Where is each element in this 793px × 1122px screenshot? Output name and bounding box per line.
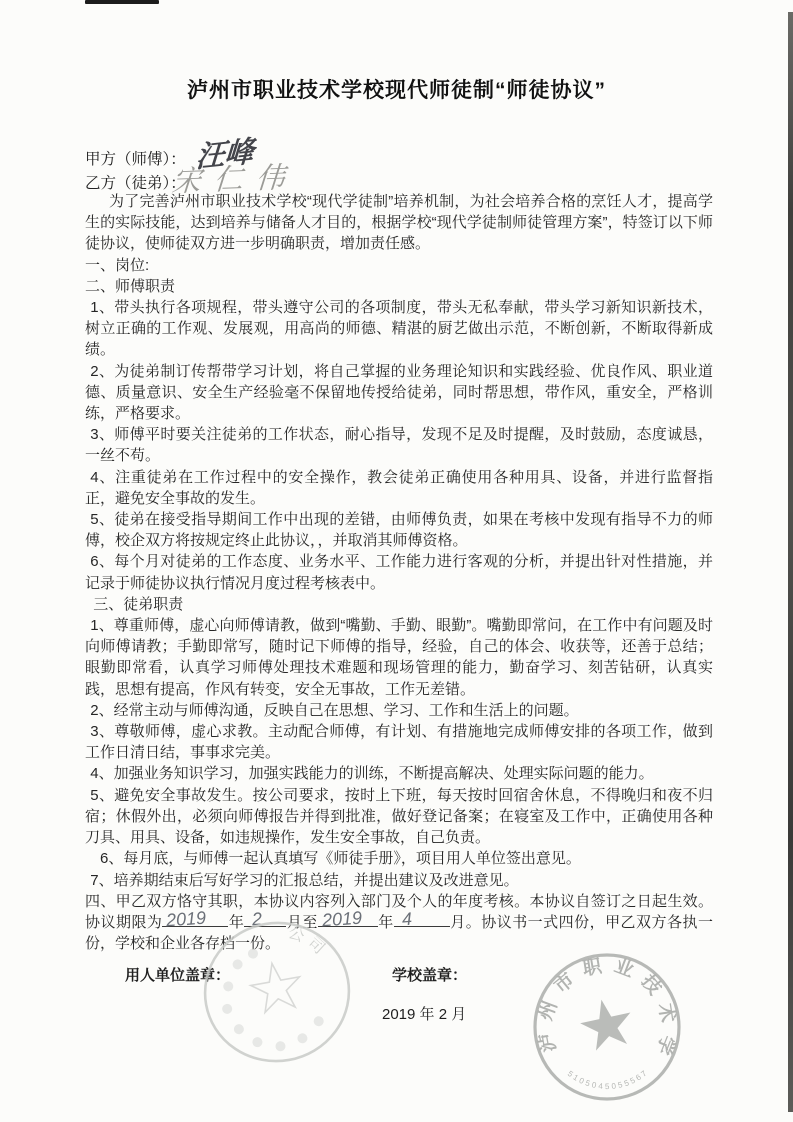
- apprentice-duty-3: 3、尊敬师傅，虚心求教。主动配合师傅，有计划、有措施地完成师傅安排的各项工作，做…: [85, 721, 713, 763]
- document-title: 泸州市职业技术学校现代师徒制“师徒协议”: [0, 74, 793, 104]
- apprentice-duty-4: 4、加强业务知识学习，加强实践能力的训练，不断提高解决、处理实际问题的能力。: [85, 763, 713, 784]
- apprentice-duty-5: 5、避免安全事故发生。按公司要求，按时上下班，每天按时回宿舍休息，不得晚归和夜不…: [85, 785, 713, 849]
- section-2-heading: 二、师傅职责: [85, 276, 713, 297]
- year-label-2: 年: [378, 914, 394, 931]
- end-month-blank: 4: [394, 912, 450, 927]
- signing-date: 2019 年 2 月: [382, 1003, 466, 1024]
- intro-paragraph: 为了完善泸州市职业技术学校“现代学徒制”培养机制，为社会培养合格的烹饪人才，提高…: [85, 191, 713, 255]
- master-duty-2: 2、为徒弟制订传帮带学习计划，将自己掌握的业务理论知识和实践经验、优良作风、职业…: [85, 361, 713, 425]
- scan-artifact-right-edge: [788, 12, 793, 1112]
- apprentice-duty-7: 7、培养期结束后写好学习的汇报总结，并提出建议及改进意见。: [85, 870, 713, 891]
- school-seal-label: 学校盖章：: [392, 964, 467, 985]
- section-1-heading: 一、岗位:: [85, 255, 713, 276]
- apprentice-duty-2: 2、经常主动与师傅沟通，反映自己在思想、学习、工作和生活上的问题。: [85, 700, 713, 721]
- scanned-agreement-page: 泸州市职业技术学校现代师徒制“师徒协议” 甲方（师傅）： 汪峰 乙方（徒弟）： …: [0, 0, 793, 1122]
- agreement-body: 为了完善泸州市职业技术学校“现代学徒制”培养机制，为社会培养合格的烹饪人才，提高…: [85, 191, 713, 954]
- school-stamp-serial-number: 5105045055567: [566, 1067, 650, 1091]
- party-a-label: 甲方（师傅）：: [85, 147, 186, 169]
- apprentice-duty-1: 1、尊重师傅，虚心向师傅请教，做到“嘴勤、手勤、眼勤”。嘴勤即常问，在工作中有问…: [85, 615, 713, 700]
- apprentice-duty-6: 6、每月底，与师傅一起认真填写《师徒手册》，项目用人单位签出意见。: [85, 848, 713, 869]
- master-duty-6: 6、每个月对徒弟的工作态度、业务水平、工作能力进行客观的分析，并提出针对性措施，…: [85, 551, 713, 593]
- master-duty-4: 4、注重徒弟在工作过程中的安全操作，教会徒弟正确使用各种用具、设备，并进行监督指…: [85, 467, 713, 509]
- master-duty-3: 3、师傅平时要关注徒弟的工作状态，耐心指导，发现不足及时提醒，及时鼓励，态度诚恳…: [85, 424, 713, 466]
- scan-artifact-top-edge: [85, 0, 159, 4]
- master-duty-1: 1、带头执行各项规程，带头遵守公司的各项制度，带头无私奉献，带头学习新知识新技术…: [85, 297, 713, 361]
- svg-text:5105045055567: 5105045055567: [566, 1067, 650, 1091]
- employer-stamp: 公司: [197, 916, 357, 1070]
- master-duty-5: 5、徒弟在接受指导期间工作中出现的差错，由师傅负责，如果在考核中发现有指导不力的…: [85, 509, 713, 551]
- employer-stamp-star-icon: [248, 959, 305, 1014]
- section-3-heading: 三、徒弟职责: [85, 594, 713, 615]
- school-stamp: 泸州市职业技术学校 5105045055567: [522, 942, 692, 1112]
- school-stamp-star-icon: [576, 994, 636, 1052]
- handwritten-end-month: 4: [401, 910, 412, 929]
- employer-stamp-smudges: [213, 939, 328, 1060]
